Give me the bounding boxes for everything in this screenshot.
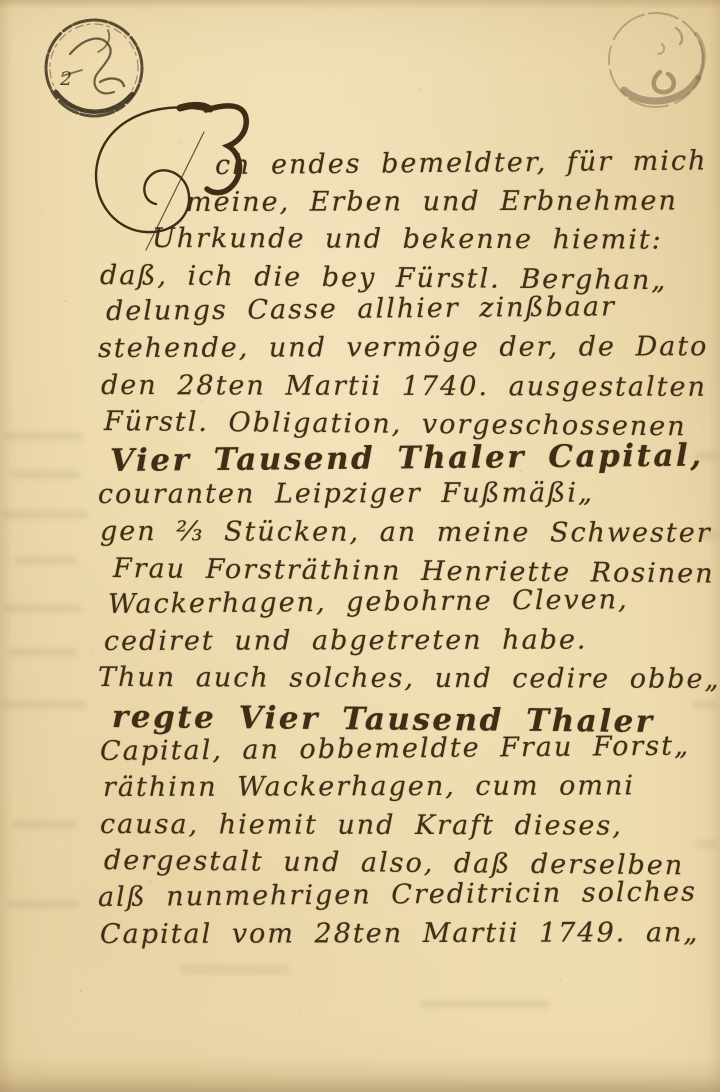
manuscript-line: causa, hiemit und Kraft dieses, xyxy=(100,809,623,842)
manuscript-line: Thun auch solches, und cedire obbe„ xyxy=(98,662,720,695)
document-page: 2 ch endes bemeldter, für michmeine, Erb… xyxy=(0,0,720,1092)
manuscript-line: den 28ten Martii 1740. ausgestalten xyxy=(101,370,707,403)
manuscript-line: delungs Casse allhier zinßbaar xyxy=(106,292,616,328)
manuscript: ch endes bemeldter, für michmeine, Erben… xyxy=(0,0,720,1092)
manuscript-line: couranten Leipziger Fußmäßi„ xyxy=(98,478,594,511)
manuscript-line: räthinn Wackerhagen, cum omni xyxy=(103,771,635,804)
manuscript-line: stehende, und vermöge der, de Dato xyxy=(98,331,709,364)
manuscript-line: Capital, an obbemeldte Frau Forst„ xyxy=(100,730,690,766)
manuscript-line: meine, Erben und Erbnehmen xyxy=(186,185,678,218)
manuscript-line: dergestalt und also, daß derselben xyxy=(104,845,685,881)
manuscript-line: ch endes bemeldter, für mich xyxy=(215,145,708,181)
manuscript-line: Capital vom 28ten Martii 1749. an„ xyxy=(100,917,699,950)
manuscript-line: gen ⅔ Stücken, an meine Schwester xyxy=(100,516,712,549)
manuscript-line: Wackerhagen, gebohrne Cleven, xyxy=(108,584,629,620)
manuscript-line: Fürstl. Obligation, vorgeschossenen xyxy=(104,406,687,442)
manuscript-line: cediret und abgetreten habe. xyxy=(104,624,588,656)
manuscript-line: daß, ich die bey Fürstl. Berghan„ xyxy=(100,260,668,296)
manuscript-line: Uhrkunde und bekenne hiemit: xyxy=(152,223,663,256)
manuscript-line: alß nunmehrigen Creditricin solches xyxy=(98,877,697,913)
manuscript-line: Vier Tausend Thaler Capital, in xyxy=(110,437,720,479)
